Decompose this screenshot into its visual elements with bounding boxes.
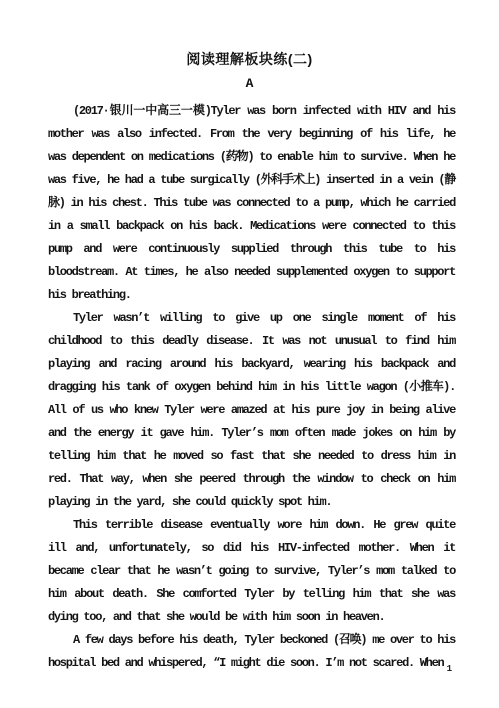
- paragraph: Tyler wasn’t willing to give up one sing…: [48, 307, 455, 514]
- paragraph: A few days before his death, Tyler becko…: [48, 629, 455, 675]
- section-label: A: [0, 76, 499, 91]
- page-title: 阅读理解板块练(二): [0, 0, 499, 69]
- reading-passage: (2017·银川一中高三一模)Tyler was born infected w…: [48, 100, 455, 675]
- paragraph: (2017·银川一中高三一模)Tyler was born infected w…: [48, 100, 455, 307]
- document-page: 阅读理解板块练(二) A (2017·银川一中高三一模)Tyler was bo…: [0, 0, 499, 708]
- paragraph: This terrible disease eventually wore hi…: [48, 514, 455, 629]
- page-number: 1: [447, 664, 452, 674]
